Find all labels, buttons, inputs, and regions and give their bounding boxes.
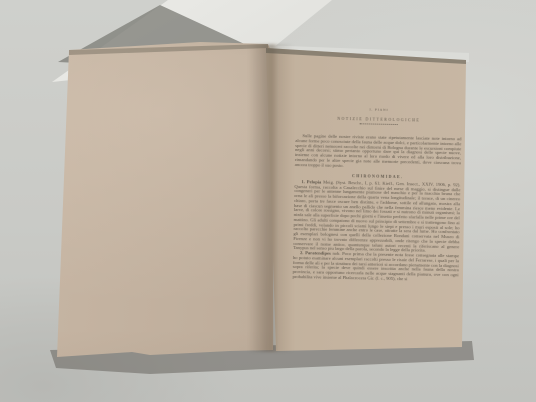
article-title: NOTIZIE DITTEROLOGICHE — [296, 116, 462, 123]
paragraph-text: Sulle pagine delle nostre riviste erano … — [295, 133, 462, 167]
paragraph-text: Meig. (Syst. Beschr., I, p. 61; Kieff., … — [293, 179, 460, 253]
species-paragraph-2: 2. Paratendipes nob. Poco prima che la p… — [293, 251, 460, 283]
species-paragraph-1: 1. Pelopia Meig. (Syst. Beschr., I, p. 6… — [293, 180, 460, 255]
paragraph-text: nob. Poco prima che la presente nota fos… — [293, 251, 460, 281]
intro-paragraph: Sulle pagine delle nostre riviste erano … — [295, 134, 462, 171]
title-rule — [360, 123, 398, 126]
gutter-shadow — [248, 44, 294, 352]
printed-text-block: I. PIANI NOTIZIE DITTEROLOGICHE Sulle pa… — [293, 106, 462, 283]
photo-open-booklet: I. PIANI NOTIZIE DITTEROLOGICHE Sulle pa… — [0, 0, 536, 402]
